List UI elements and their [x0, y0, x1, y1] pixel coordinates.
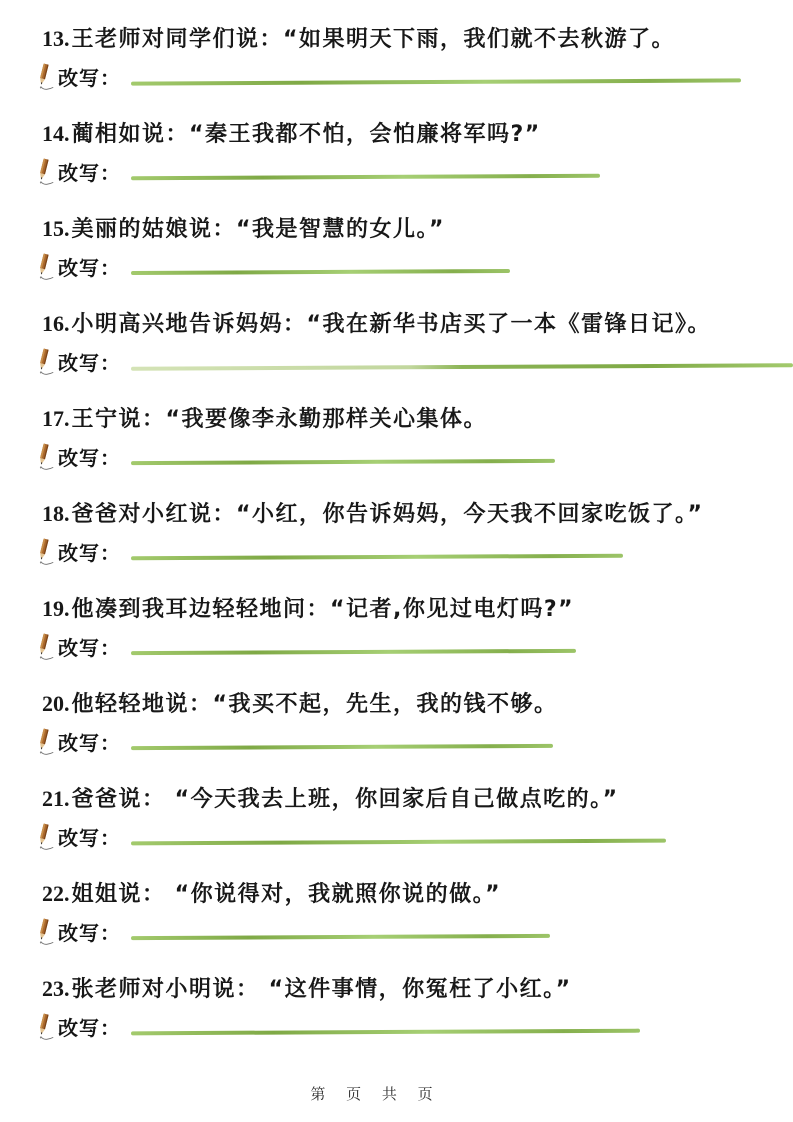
rewrite-label: 改写：: [58, 633, 121, 663]
exercise-item: 14.蔺相如说：“秦王我都不怕，会怕廉将军吗?” 改写：: [42, 119, 793, 188]
item-number: 15.: [42, 216, 70, 241]
pencil-icon: [34, 441, 56, 473]
pencil-icon: [34, 726, 56, 758]
item-number: 18.: [42, 501, 70, 526]
exercise-item: 15.美丽的姑娘说：“我是智慧的女儿。” 改写：: [42, 214, 793, 283]
sentence: 15.美丽的姑娘说：“我是智慧的女儿。”: [42, 214, 793, 245]
sentence-text: 他凑到我耳边轻轻地问：“记者,你见过电灯吗?”: [72, 597, 575, 622]
answer-line: [131, 269, 510, 275]
exercise-item: 16.小明高兴地告诉妈妈：“我在新华书店买了一本《雷锋日记》。 改写：: [42, 309, 793, 378]
answer-line: [131, 78, 741, 85]
rewrite-label: 改写：: [58, 823, 121, 853]
item-number: 13.: [42, 26, 70, 51]
rewrite-row: 改写：: [34, 914, 793, 948]
sentence-text: 蔺相如说：“秦王我都不怕，会怕廉将军吗?”: [72, 122, 541, 147]
answer-line: [131, 934, 550, 940]
rewrite-row: 改写：: [34, 439, 793, 473]
sentence: 21.爸爸说： “今天我去上班，你回家后自己做点吃的。”: [42, 784, 793, 815]
sentence-text: 张老师对小明说： “这件事情，你冤枉了小红。”: [72, 977, 572, 1002]
item-number: 23.: [42, 976, 70, 1001]
answer-line: [131, 554, 623, 561]
sentence: 19.他凑到我耳边轻轻地问：“记者,你见过电灯吗?”: [42, 594, 793, 625]
rewrite-label: 改写：: [58, 1013, 121, 1043]
sentence-text: 美丽的姑娘说：“我是智慧的女儿。”: [72, 217, 445, 242]
rewrite-row: 改写：: [34, 154, 793, 188]
answer-line: [131, 839, 666, 846]
answer-line: [131, 1029, 640, 1036]
sentence: 23.张老师对小明说： “这件事情，你冤枉了小红。”: [42, 974, 793, 1005]
rewrite-label: 改写：: [58, 538, 121, 568]
sentence-text: 他轻轻地说：“我买不起，先生，我的钱不够。: [72, 692, 558, 717]
exercise-item: 21.爸爸说： “今天我去上班，你回家后自己做点吃的。” 改写：: [42, 784, 793, 853]
rewrite-row: 改写：: [34, 629, 793, 663]
sentence: 17.王宁说：“我要像李永勤那样关心集体。: [42, 404, 793, 435]
answer-line: [131, 744, 553, 750]
answer-line: [131, 363, 793, 370]
rewrite-row: 改写：: [34, 1009, 793, 1043]
sentence: 14.蔺相如说：“秦王我都不怕，会怕廉将军吗?”: [42, 119, 793, 150]
sentence-text: 王宁说：“我要像李永勤那样关心集体。: [72, 407, 487, 432]
pencil-icon: [34, 156, 56, 188]
pencil-icon: [34, 821, 56, 853]
sentence-text: 爸爸对小红说：“小红，你告诉妈妈，今天我不回家吃饭了。”: [72, 502, 704, 527]
sentence: 13.王老师对同学们说：“如果明天下雨，我们就不去秋游了。: [42, 24, 793, 55]
rewrite-row: 改写：: [34, 344, 793, 378]
item-number: 19.: [42, 596, 70, 621]
sentence-text: 姐姐说： “你说得对，我就照你说的做。”: [72, 882, 502, 907]
rewrite-label: 改写：: [58, 728, 121, 758]
rewrite-label: 改写：: [58, 443, 121, 473]
sentence-text: 小明高兴地告诉妈妈：“我在新华书店买了一本《雷锋日记》。: [72, 312, 711, 337]
item-number: 22.: [42, 881, 70, 906]
rewrite-label: 改写：: [58, 253, 121, 283]
rewrite-row: 改写：: [34, 724, 793, 758]
rewrite-row: 改写：: [34, 819, 793, 853]
pencil-icon: [34, 1011, 56, 1043]
pencil-icon: [34, 251, 56, 283]
worksheet-page: 13.王老师对同学们说：“如果明天下雨，我们就不去秋游了。 改写： 14.蔺相如…: [0, 0, 793, 1122]
rewrite-label: 改写：: [58, 918, 121, 948]
exercise-item: 20.他轻轻地说：“我买不起，先生，我的钱不够。 改写：: [42, 689, 793, 758]
sentence: 22.姐姐说： “你说得对，我就照你说的做。”: [42, 879, 793, 910]
item-number: 21.: [42, 786, 70, 811]
rewrite-label: 改写：: [58, 63, 121, 93]
pencil-icon: [34, 916, 56, 948]
sentence: 18.爸爸对小红说：“小红，你告诉妈妈，今天我不回家吃饭了。”: [42, 499, 793, 530]
item-number: 16.: [42, 311, 70, 336]
sentence: 16.小明高兴地告诉妈妈：“我在新华书店买了一本《雷锋日记》。: [42, 309, 793, 340]
rewrite-row: 改写：: [34, 59, 793, 93]
exercise-item: 22.姐姐说： “你说得对，我就照你说的做。” 改写：: [42, 879, 793, 948]
rewrite-label: 改写：: [58, 348, 121, 378]
rewrite-row: 改写：: [34, 534, 793, 568]
exercise-item: 23.张老师对小明说： “这件事情，你冤枉了小红。” 改写：: [42, 974, 793, 1043]
sentence: 20.他轻轻地说：“我买不起，先生，我的钱不够。: [42, 689, 793, 720]
pencil-icon: [34, 536, 56, 568]
answer-line: [131, 174, 600, 180]
page-footer: 第 页 共 页: [0, 1083, 751, 1104]
item-number: 17.: [42, 406, 70, 431]
exercise-item: 19.他凑到我耳边轻轻地问：“记者,你见过电灯吗?” 改写：: [42, 594, 793, 663]
rewrite-label: 改写：: [58, 158, 121, 188]
pencil-icon: [34, 631, 56, 663]
sentence-text: 王老师对同学们说：“如果明天下雨，我们就不去秋游了。: [72, 27, 675, 52]
answer-line: [131, 459, 555, 465]
sentence-text: 爸爸说： “今天我去上班，你回家后自己做点吃的。”: [72, 787, 619, 812]
exercise-item: 13.王老师对同学们说：“如果明天下雨，我们就不去秋游了。 改写：: [42, 24, 793, 93]
pencil-icon: [34, 346, 56, 378]
exercise-item: 17.王宁说：“我要像李永勤那样关心集体。 改写：: [42, 404, 793, 473]
answer-line: [131, 649, 576, 655]
rewrite-row: 改写：: [34, 249, 793, 283]
exercise-item: 18.爸爸对小红说：“小红，你告诉妈妈，今天我不回家吃饭了。” 改写：: [42, 499, 793, 568]
item-number: 14.: [42, 121, 70, 146]
pencil-icon: [34, 61, 56, 93]
item-number: 20.: [42, 691, 70, 716]
